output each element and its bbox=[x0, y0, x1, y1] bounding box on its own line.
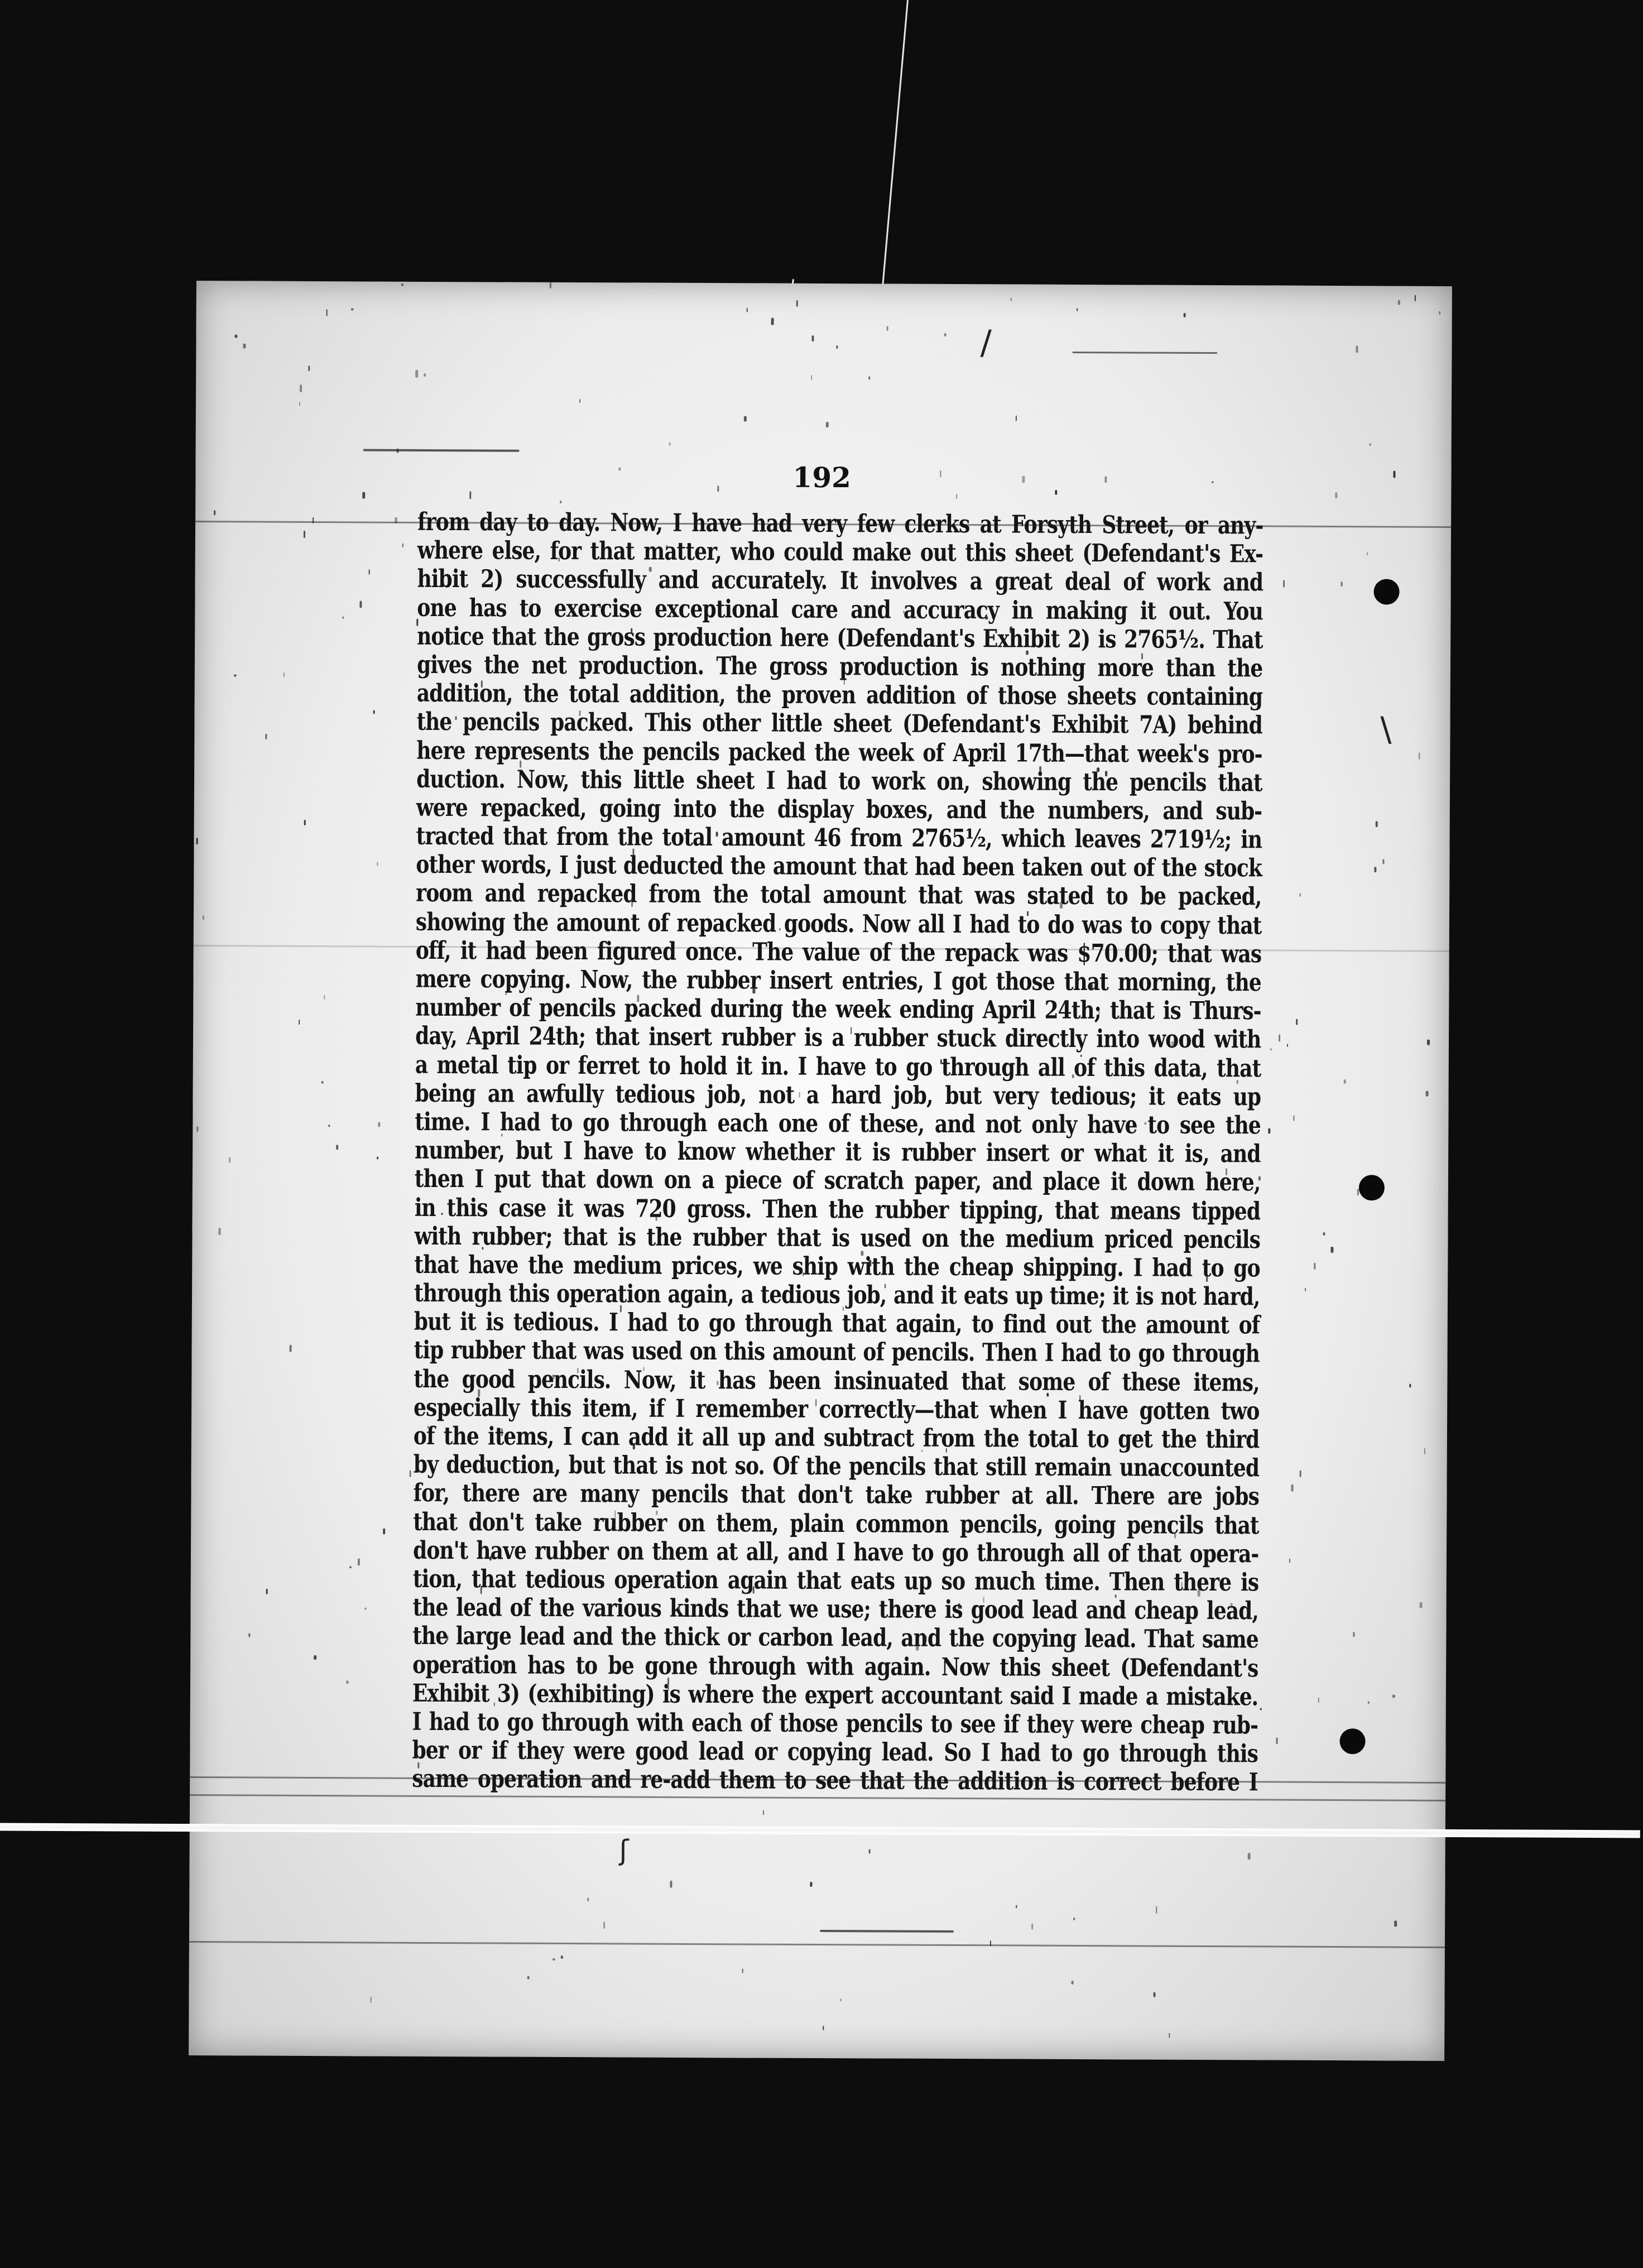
speck bbox=[1439, 311, 1440, 315]
speck bbox=[346, 1680, 349, 1684]
speck bbox=[248, 1633, 250, 1637]
speck bbox=[579, 710, 581, 716]
speck bbox=[614, 1511, 616, 1518]
speck bbox=[801, 1006, 803, 1013]
speck bbox=[621, 977, 623, 981]
text-line: room and repacked from the total amount … bbox=[416, 879, 1262, 911]
speck bbox=[470, 1657, 473, 1661]
speck bbox=[1046, 1392, 1049, 1397]
text-line: tip rubber that was used on this amount … bbox=[414, 1336, 1260, 1368]
text-line: notice that the gross production here (D… bbox=[417, 622, 1263, 655]
speck bbox=[1198, 1589, 1200, 1597]
speck bbox=[482, 1247, 483, 1250]
speck bbox=[796, 300, 798, 306]
speck bbox=[1105, 771, 1108, 776]
text-line: I had to go through with each of those p… bbox=[412, 1708, 1258, 1740]
speck bbox=[503, 1660, 505, 1665]
speck bbox=[812, 335, 814, 342]
speck bbox=[1010, 627, 1012, 633]
speck bbox=[313, 517, 314, 523]
ruled-line bbox=[189, 1941, 1445, 1948]
text-line: one has to exercise exceptional care and… bbox=[417, 593, 1263, 626]
speck bbox=[378, 1122, 380, 1127]
speck bbox=[1032, 1923, 1034, 1930]
text-line: a metal tip or ferret to hold it in. I h… bbox=[415, 1050, 1261, 1083]
speck bbox=[359, 600, 362, 608]
speck bbox=[631, 900, 632, 907]
speck bbox=[196, 838, 198, 844]
speck bbox=[1394, 471, 1396, 478]
speck bbox=[370, 1996, 371, 2003]
speck bbox=[196, 1126, 198, 1132]
speck bbox=[1283, 580, 1284, 587]
speck bbox=[1289, 1559, 1290, 1563]
speck bbox=[633, 1443, 635, 1450]
text-line: were repacked, going into the display bo… bbox=[416, 794, 1262, 826]
text-line: operation has to be gone through with ag… bbox=[412, 1650, 1258, 1683]
speck bbox=[1117, 1215, 1120, 1221]
text-line: that have the medium prices, we ship wit… bbox=[414, 1251, 1260, 1283]
speck bbox=[1367, 1702, 1369, 1704]
speck bbox=[1353, 1632, 1354, 1637]
speck bbox=[956, 494, 958, 499]
speck bbox=[446, 1636, 448, 1641]
speck bbox=[1181, 1582, 1183, 1588]
speck bbox=[633, 849, 635, 856]
speck bbox=[763, 1810, 764, 1815]
speck bbox=[1011, 298, 1012, 301]
speck bbox=[885, 1284, 886, 1289]
speck bbox=[364, 1607, 366, 1609]
speck bbox=[958, 1604, 960, 1609]
speck bbox=[1341, 582, 1343, 587]
punch-hole bbox=[1359, 1175, 1385, 1200]
speck bbox=[343, 617, 344, 619]
speck bbox=[1236, 1080, 1238, 1084]
speck bbox=[1257, 1216, 1260, 1219]
speck bbox=[289, 1344, 292, 1352]
speck bbox=[1079, 1395, 1081, 1402]
speck bbox=[1022, 476, 1025, 483]
speck bbox=[494, 1702, 495, 1707]
speck bbox=[656, 1511, 657, 1515]
speck bbox=[1424, 1448, 1426, 1454]
speck bbox=[377, 1156, 379, 1160]
speck bbox=[790, 1723, 791, 1726]
speck bbox=[861, 1251, 863, 1256]
text-line: that don't take rubber on them, plain co… bbox=[413, 1507, 1259, 1540]
speck bbox=[1156, 1906, 1157, 1913]
speck bbox=[869, 1849, 871, 1854]
speck bbox=[304, 531, 305, 538]
speck bbox=[717, 486, 719, 491]
speck bbox=[649, 567, 652, 572]
text-line: tion, that tedious operation again that … bbox=[413, 1565, 1259, 1597]
speck bbox=[632, 894, 635, 901]
speck bbox=[349, 1566, 352, 1568]
text-line: showing the amount of repacked goods. No… bbox=[416, 907, 1262, 940]
text-line: the pencils packed. This other little sh… bbox=[416, 708, 1262, 740]
speck bbox=[1026, 651, 1029, 655]
speck bbox=[1356, 345, 1358, 353]
text-line: with rubber; that is the rubber that is … bbox=[414, 1222, 1260, 1255]
speck bbox=[587, 1897, 589, 1901]
speck bbox=[742, 1968, 743, 1973]
speck bbox=[410, 1471, 411, 1477]
speck bbox=[1357, 1189, 1359, 1195]
speck bbox=[1415, 295, 1416, 301]
speck bbox=[1268, 1128, 1270, 1134]
text-line: of the items, I can add it all up and su… bbox=[414, 1422, 1260, 1454]
speck bbox=[620, 1305, 622, 1313]
speck bbox=[753, 986, 756, 993]
speck bbox=[358, 1558, 360, 1566]
speck bbox=[1072, 1074, 1074, 1078]
text-line: through this operation again, a tedious … bbox=[414, 1279, 1260, 1311]
speck bbox=[1287, 1044, 1288, 1046]
speck bbox=[501, 1428, 503, 1436]
document-page: 192 from day to day. Now, I have had ver… bbox=[189, 281, 1452, 2061]
handwritten-mark: / bbox=[980, 323, 992, 362]
speck bbox=[1323, 1232, 1325, 1236]
speck bbox=[363, 449, 520, 451]
speck bbox=[1034, 1243, 1036, 1246]
speck bbox=[243, 344, 246, 349]
speck bbox=[1073, 1918, 1075, 1920]
speck bbox=[1318, 1698, 1319, 1703]
speck bbox=[577, 1368, 578, 1373]
speck bbox=[469, 491, 471, 499]
speck bbox=[1097, 767, 1099, 772]
speck bbox=[1098, 1010, 1100, 1014]
speck bbox=[667, 1683, 669, 1690]
speck bbox=[1230, 1603, 1232, 1608]
speck bbox=[229, 1157, 230, 1162]
speck bbox=[235, 334, 238, 338]
text-line: the lead of the various kinds that we us… bbox=[412, 1593, 1258, 1626]
speck bbox=[1073, 1323, 1074, 1327]
speck bbox=[1016, 1905, 1017, 1909]
speck bbox=[903, 611, 904, 614]
speck bbox=[481, 1587, 482, 1594]
speck bbox=[744, 416, 747, 422]
speck bbox=[938, 1156, 939, 1161]
speck bbox=[1120, 517, 1122, 524]
speck bbox=[656, 1216, 657, 1221]
speck bbox=[1420, 1602, 1423, 1608]
speck bbox=[579, 399, 580, 403]
speck bbox=[669, 443, 671, 446]
speck bbox=[823, 2026, 824, 2031]
speck bbox=[1188, 1631, 1190, 1637]
text-line: Exhibit 3) (exhibiting) is where the exp… bbox=[412, 1679, 1258, 1712]
speck bbox=[373, 710, 375, 714]
speck bbox=[265, 734, 267, 739]
speck bbox=[869, 1260, 872, 1266]
speck bbox=[990, 1940, 991, 1946]
speck bbox=[1299, 893, 1301, 896]
text-line: for, there are many pencils that don't t… bbox=[413, 1479, 1259, 1511]
speck bbox=[397, 449, 399, 453]
speck bbox=[681, 1492, 683, 1496]
speck bbox=[1374, 867, 1376, 872]
text-line: tracted that from the total amount 46 fr… bbox=[416, 822, 1262, 854]
speck bbox=[214, 510, 215, 515]
speck bbox=[1039, 766, 1041, 773]
speck bbox=[1072, 1981, 1074, 1984]
speck bbox=[1055, 490, 1057, 495]
speck bbox=[1305, 1288, 1306, 1291]
page-number: 192 bbox=[792, 461, 851, 494]
speck bbox=[837, 345, 838, 349]
speck bbox=[1090, 984, 1093, 990]
speck bbox=[810, 1882, 813, 1887]
text-line: gives the net production. The gross prod… bbox=[417, 651, 1263, 683]
speck bbox=[1027, 911, 1029, 916]
speck bbox=[717, 1381, 719, 1385]
speck bbox=[637, 994, 639, 1002]
speck bbox=[670, 1881, 672, 1888]
speck bbox=[1314, 1263, 1316, 1270]
speck bbox=[747, 308, 748, 313]
speck bbox=[527, 1976, 529, 1979]
speck bbox=[771, 318, 774, 325]
text-line: don't have rubber on them at all, and I … bbox=[413, 1536, 1259, 1569]
speck bbox=[603, 1921, 605, 1929]
speck bbox=[550, 282, 551, 289]
speck bbox=[362, 492, 365, 499]
text-line: time. I had to go through each one of th… bbox=[415, 1108, 1261, 1140]
speck bbox=[1016, 416, 1017, 421]
scan-glare-band bbox=[0, 1823, 1640, 1838]
text-line: addition, the total addition, the proven… bbox=[417, 679, 1263, 712]
speck bbox=[401, 283, 403, 286]
speck bbox=[541, 891, 542, 897]
speck bbox=[1060, 902, 1063, 908]
speck bbox=[682, 1747, 684, 1751]
speck bbox=[1030, 780, 1032, 787]
speck bbox=[395, 517, 397, 523]
handwritten-mark: ʃ bbox=[619, 1834, 629, 1866]
speck bbox=[1300, 1471, 1301, 1477]
speck bbox=[321, 1081, 324, 1084]
speck bbox=[631, 628, 632, 633]
speck bbox=[544, 1660, 546, 1663]
speck bbox=[983, 1597, 984, 1603]
speck bbox=[886, 326, 888, 331]
text-line: where else, for that matter, who could m… bbox=[417, 536, 1264, 569]
speck bbox=[678, 1607, 680, 1612]
speck bbox=[304, 820, 306, 826]
speck bbox=[505, 991, 507, 995]
testimony-text: from day to day. Now, I have had very fe… bbox=[412, 508, 1263, 1797]
film-scratch bbox=[880, 0, 909, 311]
speck bbox=[368, 570, 369, 574]
speck bbox=[840, 1998, 842, 2001]
speck bbox=[308, 366, 310, 372]
speck bbox=[779, 928, 781, 930]
speck bbox=[300, 385, 302, 392]
speck bbox=[811, 375, 813, 380]
speck bbox=[1419, 753, 1420, 760]
speck bbox=[561, 1955, 563, 1958]
speck bbox=[218, 1228, 221, 1235]
punch-hole bbox=[1339, 1728, 1365, 1754]
speck bbox=[1426, 1090, 1429, 1096]
speck bbox=[427, 1426, 429, 1429]
speck bbox=[916, 1644, 919, 1651]
text-line: by deduction, but that is not so. Of the… bbox=[414, 1450, 1260, 1483]
speck bbox=[501, 1134, 502, 1137]
speck bbox=[1258, 1176, 1261, 1180]
speck bbox=[1291, 1484, 1293, 1492]
speck bbox=[752, 1586, 754, 1593]
speck bbox=[1206, 1275, 1208, 1282]
speck bbox=[203, 915, 205, 920]
text-line: hibit 2) successfully and accurately. It… bbox=[417, 565, 1264, 597]
speck bbox=[1246, 1610, 1248, 1617]
text-line: from day to day. Now, I have had very fe… bbox=[417, 508, 1264, 540]
speck bbox=[520, 761, 521, 768]
speck bbox=[1248, 1853, 1250, 1859]
speck bbox=[553, 1375, 555, 1380]
speck bbox=[1072, 1646, 1074, 1652]
speck bbox=[1409, 1384, 1411, 1387]
speck bbox=[1270, 1048, 1272, 1050]
speck bbox=[1226, 1168, 1227, 1175]
speck bbox=[1064, 1665, 1065, 1673]
text-line: off, it had been figured once. The value… bbox=[416, 936, 1262, 969]
text-line: day, April 24th; that insert rubber is a… bbox=[415, 1022, 1261, 1054]
speck bbox=[844, 677, 845, 685]
speck bbox=[643, 1367, 644, 1371]
speck bbox=[478, 1390, 481, 1397]
speck bbox=[441, 1213, 443, 1215]
speck bbox=[567, 1144, 569, 1147]
text-line: number of pencils packed during the week… bbox=[415, 993, 1261, 1026]
speck bbox=[1296, 1018, 1298, 1025]
speck bbox=[529, 1324, 530, 1328]
speck bbox=[803, 1272, 804, 1276]
speck bbox=[826, 422, 829, 427]
text-line: but it is tedious. I had to go through t… bbox=[414, 1308, 1260, 1340]
text-line: same operation and re-add them to see th… bbox=[412, 1765, 1258, 1797]
speck bbox=[924, 1636, 926, 1642]
speck bbox=[1293, 1116, 1295, 1121]
speck bbox=[1330, 1247, 1333, 1252]
speck bbox=[476, 1747, 478, 1749]
speck bbox=[1395, 1920, 1397, 1926]
speck bbox=[417, 619, 419, 626]
speck bbox=[1169, 2033, 1170, 2038]
speck bbox=[868, 377, 870, 380]
text-line: then I put that down on a piece of scrat… bbox=[415, 1165, 1261, 1197]
speck bbox=[299, 402, 301, 406]
speck bbox=[940, 1059, 942, 1064]
speck bbox=[1174, 1533, 1176, 1539]
text-line: being an awfully tedious job, not a hard… bbox=[415, 1079, 1261, 1112]
speck bbox=[1370, 444, 1371, 446]
speck bbox=[1276, 1738, 1277, 1745]
speck bbox=[266, 1589, 268, 1594]
speck bbox=[326, 309, 328, 316]
text-line: duction. Now, this little sheet I had to… bbox=[416, 765, 1262, 797]
speck bbox=[481, 681, 483, 688]
speck bbox=[851, 1027, 852, 1034]
speck bbox=[383, 1529, 386, 1535]
text-line: the large lead and the thick or carbon l… bbox=[412, 1622, 1258, 1654]
speck bbox=[324, 996, 325, 1000]
speck bbox=[445, 1376, 446, 1380]
speck bbox=[553, 1958, 555, 1961]
speck bbox=[484, 1467, 486, 1473]
speck bbox=[637, 689, 639, 695]
speck bbox=[424, 373, 426, 376]
speck bbox=[1233, 606, 1234, 612]
text-line: in this case it was 720 gross. Then the … bbox=[415, 1193, 1261, 1226]
speck bbox=[560, 501, 561, 504]
speck bbox=[1212, 481, 1213, 484]
speck bbox=[1072, 352, 1217, 354]
speck bbox=[1398, 300, 1400, 305]
speck bbox=[1154, 1992, 1156, 1997]
speck bbox=[1376, 821, 1378, 828]
speck bbox=[489, 1556, 492, 1560]
text-line: number, but I have to know whether it is… bbox=[415, 1136, 1261, 1169]
speck bbox=[1136, 1436, 1137, 1439]
speck bbox=[1427, 1039, 1430, 1045]
speck bbox=[1141, 653, 1143, 659]
text-line: here represents the pencils packed the w… bbox=[416, 736, 1262, 768]
speck bbox=[820, 1930, 954, 1933]
speck bbox=[940, 470, 941, 477]
text-line: especially this item, if I remember corr… bbox=[414, 1394, 1260, 1426]
speck bbox=[1366, 552, 1368, 555]
handwritten-mark: \ bbox=[1380, 710, 1392, 749]
speck bbox=[1115, 1595, 1117, 1598]
speck bbox=[1147, 1331, 1148, 1335]
speck bbox=[314, 1655, 316, 1660]
speck bbox=[944, 333, 946, 336]
text-line: other words, I just deducted the amount … bbox=[416, 850, 1262, 883]
speck bbox=[715, 832, 718, 837]
speck bbox=[377, 862, 378, 866]
speck bbox=[402, 544, 404, 547]
speck bbox=[336, 1145, 338, 1150]
speck bbox=[1077, 308, 1078, 311]
text-line: the good pencils. Now, it has been insin… bbox=[414, 1364, 1260, 1397]
speck bbox=[284, 672, 285, 677]
speck bbox=[329, 1125, 330, 1127]
speck bbox=[815, 1399, 816, 1406]
speck bbox=[1343, 1079, 1346, 1084]
speck bbox=[415, 370, 418, 378]
speck bbox=[1260, 1708, 1261, 1710]
speck bbox=[1171, 1041, 1174, 1048]
speck bbox=[1105, 476, 1107, 483]
speck bbox=[234, 675, 237, 677]
speck bbox=[455, 716, 457, 720]
speck bbox=[1080, 1055, 1082, 1057]
text-line: mere copying. Now, the rubber insert ent… bbox=[415, 965, 1261, 997]
punch-hole bbox=[1373, 579, 1399, 604]
speck bbox=[1279, 1035, 1280, 1041]
speck bbox=[666, 545, 667, 549]
speck bbox=[1382, 859, 1384, 864]
speck bbox=[418, 1762, 420, 1769]
text-line: ber or if they were good lead or copying… bbox=[412, 1736, 1258, 1769]
speck bbox=[299, 1019, 300, 1025]
